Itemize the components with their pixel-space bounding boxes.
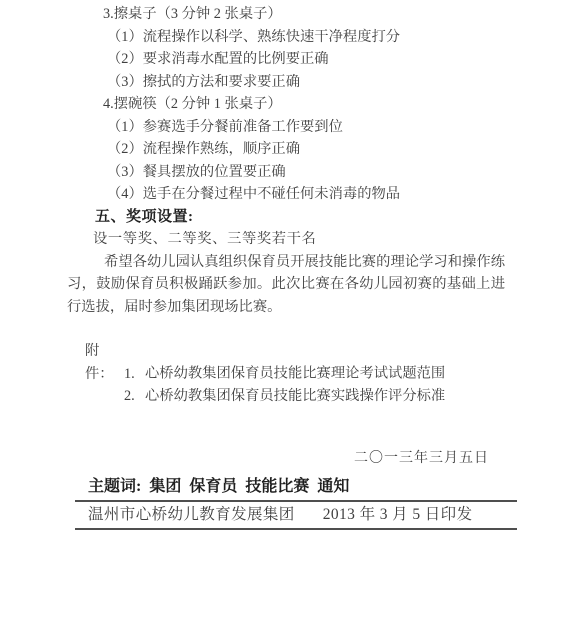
checklist-subitem: （2）流程操作熟练，顺序正确 bbox=[107, 138, 579, 161]
checklist-subitem: （4）选手在分餐过程中不碰任何未消毒的物品 bbox=[107, 183, 579, 206]
footer-issuer: 温州市心桥幼儿教育发展集团 bbox=[88, 506, 295, 523]
section-heading-awards: 五、奖项设置: bbox=[95, 206, 579, 229]
attachments-block: 附件：1.心桥幼教集团保育员技能比赛理论考试试题范围 2.心桥幼教集团保育员技能… bbox=[85, 340, 579, 408]
attachment-row: 附件：1.心桥幼教集团保育员技能比赛理论考试试题范围 bbox=[85, 340, 579, 385]
subject-keywords-line: 主题词: 集团 保育员 技能比赛 通知 bbox=[88, 476, 579, 497]
attachment-title: 心桥幼教集团保育员技能比赛理论考试试题范围 bbox=[145, 366, 445, 382]
attachments-label: 附件： bbox=[85, 340, 124, 385]
checklist-item-title: 3.擦桌子（3 分钟 2 张桌子） bbox=[103, 3, 579, 26]
awards-paragraph: 希望各幼儿园认真组织保育员开展技能比赛的理论学习和操作练习，鼓励保育员积极踊跃参… bbox=[67, 251, 505, 319]
footer-print-date: 2013 年 3 月 5 日印发 bbox=[323, 506, 473, 523]
attachment-number: 1. bbox=[124, 363, 145, 386]
document-date: 二〇一三年三月五日 bbox=[0, 448, 579, 471]
checklist-item-title: 4.摆碗筷（2 分钟 1 张桌子） bbox=[103, 93, 579, 116]
checklist-subitem: （3）擦拭的方法和要求要正确 bbox=[107, 71, 579, 94]
checklist-subitem: （1）流程操作以科学、熟练快速干净程度打分 bbox=[107, 26, 579, 49]
checklist-subitem: （2）要求消毒水配置的比例要正确 bbox=[107, 48, 579, 71]
separator-rule bbox=[75, 528, 517, 530]
footer-row: 温州市心桥幼儿教育发展集团2013 年 3 月 5 日印发 bbox=[88, 502, 579, 528]
awards-intro-line: 设一等奖、二等奖、三等奖若干名 bbox=[93, 228, 579, 251]
attachment-number: 2. bbox=[124, 385, 145, 408]
checklist-subitem: （1）参赛选手分餐前准备工作要到位 bbox=[107, 116, 579, 139]
attachment-title: 心桥幼教集团保育员技能比赛实践操作评分标准 bbox=[145, 388, 445, 404]
checklist-subitem: （3）餐具摆放的位置要正确 bbox=[107, 161, 579, 184]
attachment-row: 2.心桥幼教集团保育员技能比赛实践操作评分标准 bbox=[85, 385, 579, 408]
document-page: 3.擦桌子（3 分钟 2 张桌子） （1）流程操作以科学、熟练快速干净程度打分 … bbox=[0, 0, 579, 632]
